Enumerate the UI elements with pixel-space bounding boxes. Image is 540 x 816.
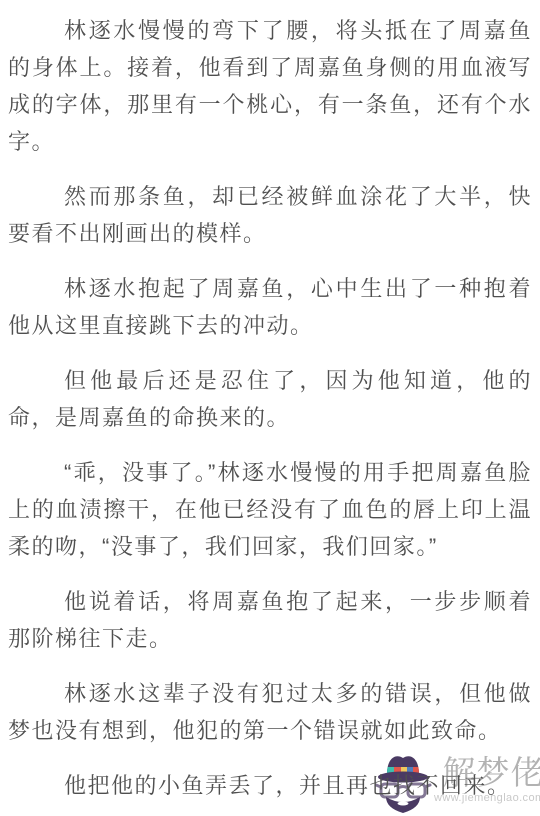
paragraph: “乖，没事了。”林逐水慢慢的用手把周嘉鱼脸上的血渍擦干，在他已经没有了血色的唇上… bbox=[8, 454, 532, 565]
paragraph: 他说着话，将周嘉鱼抱了起来，一步步顺着那阶梯往下走。 bbox=[8, 583, 532, 657]
novel-text-page: 林逐水慢慢的弯下了腰，将头抵在了周嘉鱼的身体上。接着，他看到了周嘉鱼身侧的用血液… bbox=[0, 0, 540, 816]
novel-text: 林逐水慢慢的弯下了腰，将头抵在了周嘉鱼的身体上。接着，他看到了周嘉鱼身侧的用血液… bbox=[0, 0, 540, 804]
paragraph: 他把他的小鱼弄丢了，并且再也找不回来。 bbox=[8, 767, 532, 804]
paragraph: 林逐水抱起了周嘉鱼，心中生出了一种抱着他从这里直接跳下去的冲动。 bbox=[8, 270, 532, 344]
paragraph: 林逐水慢慢的弯下了腰，将头抵在了周嘉鱼的身体上。接着，他看到了周嘉鱼身侧的用血液… bbox=[8, 12, 532, 160]
paragraph: 但他最后还是忍住了，因为他知道，他的命，是周嘉鱼的命换来的。 bbox=[8, 362, 532, 436]
paragraph: 林逐水这辈子没有犯过太多的错误，但他做梦也没有想到，他犯的第一个错误就如此致命。 bbox=[8, 675, 532, 749]
paragraph: 然而那条鱼，却已经被鲜血涂花了大半，快要看不出刚画出的模样。 bbox=[8, 178, 532, 252]
